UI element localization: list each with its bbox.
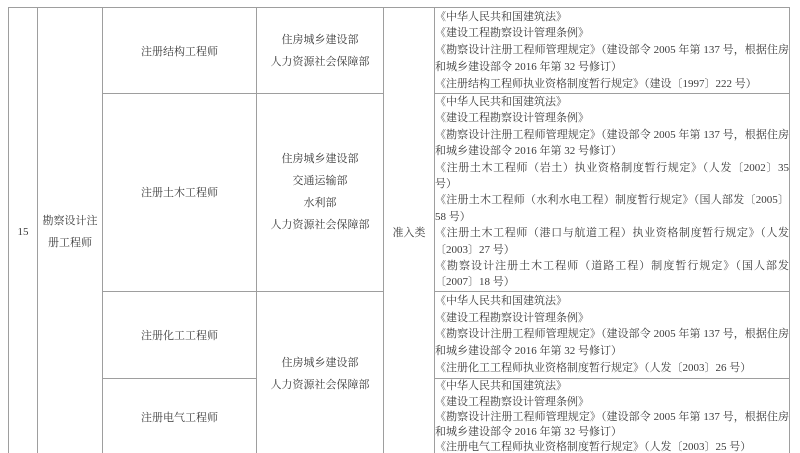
legal-basis-item: 《注册土木工程师（岩土）执业资格制度暂行规定》（人发〔2002〕35 号） — [435, 160, 789, 193]
department-line: 人力资源社会保障部 — [257, 374, 383, 396]
qualification-table: 15 勘察设计注册工程师 注册结构工程师 住房城乡建设部 人力资源社会保障部 准… — [8, 7, 790, 453]
document-page: 15 勘察设计注册工程师 注册结构工程师 住房城乡建设部 人力资源社会保障部 准… — [0, 0, 800, 453]
legal-basis-item: 《注册结构工程师执业资格制度暂行规定》（建设〔1997〕222 号） — [435, 76, 789, 93]
legal-basis-item: 《勘察设计注册工程师管理规定》（建设部令 2005 年第 137 号，根据住房和… — [435, 410, 789, 440]
category-cell: 勘察设计注册工程师 — [38, 8, 103, 453]
departments-cell-chemical-electrical: 住房城乡建设部 人力资源社会保障部 — [257, 291, 384, 453]
subtype-label: 注册化工工程师 — [141, 330, 218, 342]
legal-basis-item: 《勘察设计注册工程师管理规定》（建设部令 2005 年第 137 号，根据住房和… — [435, 42, 789, 76]
legal-basis-item: 《中华人民共和国建筑法》 — [435, 379, 789, 394]
legal-basis-item: 《建设工程勘察设计管理条例》 — [435, 110, 789, 126]
subtype-chemical-engineer-cell: 注册化工工程师 — [103, 291, 257, 378]
legal-basis-item: 《注册土木工程师（水利水电工程）制度暂行规定》（国人部发〔2005〕58 号） — [435, 192, 789, 225]
department-line: 交通运输部 — [257, 170, 383, 192]
category-label: 勘察设计注册工程师 — [43, 215, 98, 249]
legal-basis-cell-chemical: 《中华人民共和国建筑法》 《建设工程勘察设计管理条例》 《勘察设计注册工程师管理… — [435, 291, 790, 378]
department-line: 人力资源社会保障部 — [257, 214, 383, 236]
departments-cell-civil: 住房城乡建设部 交通运输部 水利部 人力资源社会保障部 — [257, 94, 384, 292]
legal-basis-item: 《中华人民共和国建筑法》 — [435, 293, 789, 310]
legal-basis-item: 《建设工程勘察设计管理条例》 — [435, 25, 789, 42]
legal-basis-item: 《中华人民共和国建筑法》 — [435, 9, 789, 26]
subtype-label: 注册电气工程师 — [141, 412, 218, 424]
department-line: 水利部 — [257, 192, 383, 214]
subtype-civil-engineer-cell: 注册土木工程师 — [103, 94, 257, 292]
admission-type-label: 准入类 — [393, 227, 426, 239]
admission-type-cell: 准入类 — [384, 8, 435, 453]
subtype-label: 注册土木工程师 — [141, 187, 218, 199]
legal-basis-item: 《注册化工工程师执业资格制度暂行规定》（人发〔2003〕26 号） — [435, 360, 789, 377]
legal-basis-item: 《勘察设计注册土木工程师（道路工程）制度暂行规定》（国人部发〔2007〕18 号… — [435, 258, 789, 291]
serial-number-cell: 15 — [9, 8, 38, 453]
department-line: 住房城乡建设部 — [257, 352, 383, 374]
row-structural-engineer: 15 勘察设计注册工程师 注册结构工程师 住房城乡建设部 人力资源社会保障部 准… — [9, 8, 790, 94]
department-line: 人力资源社会保障部 — [257, 51, 383, 73]
legal-basis-item: 《勘察设计注册工程师管理规定》（建设部令 2005 年第 137 号，根据住房和… — [435, 127, 789, 160]
departments-cell-structural: 住房城乡建设部 人力资源社会保障部 — [257, 8, 384, 94]
department-line: 住房城乡建设部 — [257, 148, 383, 170]
subtype-electrical-engineer-cell: 注册电气工程师 — [103, 378, 257, 453]
legal-basis-item: 《注册电气工程师执业资格制度暂行规定》（人发〔2003〕25 号） — [435, 440, 789, 453]
legal-basis-cell-structural: 《中华人民共和国建筑法》 《建设工程勘察设计管理条例》 《勘察设计注册工程师管理… — [435, 8, 790, 94]
legal-basis-item: 《注册土木工程师（港口与航道工程）执业资格制度暂行规定》（人发〔2003〕27 … — [435, 225, 789, 258]
legal-basis-item: 《建设工程勘察设计管理条例》 — [435, 310, 789, 327]
serial-number: 15 — [18, 226, 29, 238]
legal-basis-cell-electrical: 《中华人民共和国建筑法》 《建设工程勘察设计管理条例》 《勘察设计注册工程师管理… — [435, 378, 790, 453]
department-line: 住房城乡建设部 — [257, 29, 383, 51]
subtype-label: 注册结构工程师 — [141, 46, 218, 58]
legal-basis-cell-civil: 《中华人民共和国建筑法》 《建设工程勘察设计管理条例》 《勘察设计注册工程师管理… — [435, 94, 790, 292]
legal-basis-item: 《中华人民共和国建筑法》 — [435, 94, 789, 110]
subtype-structural-engineer-cell: 注册结构工程师 — [103, 8, 257, 94]
legal-basis-item: 《勘察设计注册工程师管理规定》（建设部令 2005 年第 137 号，根据住房和… — [435, 326, 789, 360]
legal-basis-item: 《建设工程勘察设计管理条例》 — [435, 395, 789, 410]
